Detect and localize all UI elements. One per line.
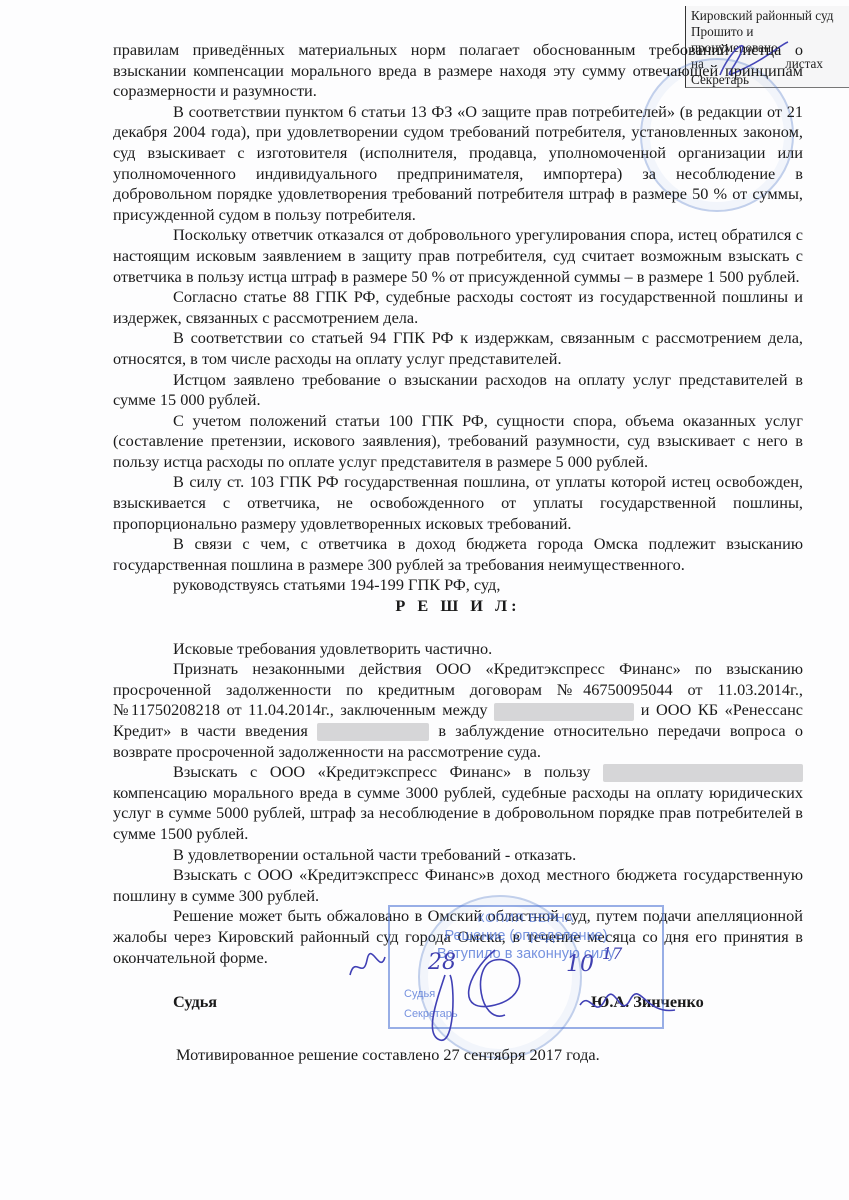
decision-heading: Р Е Ш И Л: (113, 596, 803, 617)
redacted-name (494, 703, 634, 721)
decision-paragraph: В удовлетворении остальной части требова… (113, 845, 803, 866)
paragraph: В связи с чем, с ответчика в доход бюдже… (113, 534, 803, 575)
document-body: правилам приведённых материальных норм п… (113, 40, 803, 1018)
stamp-decision: Решение (определение) (390, 927, 662, 945)
paragraph: Истцом заявлено требование о взыскании р… (113, 370, 803, 411)
filing-stamp-court: Кировский районный суд (691, 8, 849, 24)
decision-paragraph: Взыскать с ООО «Кредитэкспресс Финанс»в … (113, 865, 803, 906)
redacted-name (603, 764, 803, 782)
paragraph: В соответствии пунктом 6 статьи 13 ФЗ «О… (113, 102, 803, 226)
court-decision-page: Кировский районный суд Прошито и пронуме… (0, 0, 849, 1200)
paragraph: правилам приведённых материальных норм п… (113, 40, 803, 102)
reasoned-decision-date: Мотивированное решение составлено 27 сен… (176, 1045, 600, 1065)
decision-paragraph: Признать незаконными действия ООО «Креди… (113, 659, 803, 762)
paragraph: Поскольку ответчик отказался от добровол… (113, 225, 803, 287)
judge-label: Судья (173, 992, 217, 1013)
paragraph: Согласно статье 88 ГПК РФ, судебные расх… (113, 287, 803, 328)
paragraph: руководствуясь статьями 194-199 ГПК РФ, … (113, 575, 803, 596)
paragraph: В соответствии со статьей 94 ГПК РФ к из… (113, 328, 803, 369)
judge-signature-icon (345, 945, 675, 1045)
paragraph: С учетом положений статьи 100 ГПК РФ, су… (113, 411, 803, 473)
stamp-copy-true: КОПИЯ ВЕРНА (390, 909, 662, 927)
redacted-name (317, 723, 429, 741)
decision-paragraph: Исковые требования удовлетворить частичн… (113, 639, 803, 660)
decision-paragraph: Взыскать с ООО «Кредитэкспресс Финанс» в… (113, 762, 803, 844)
decision-text: Взыскать с ООО «Кредитэкспресс Финанс» в… (173, 762, 590, 781)
paragraph: В силу ст. 103 ГПК РФ государственная по… (113, 472, 803, 534)
decision-text: компенсацию морального вреда в сумме 300… (113, 783, 803, 843)
